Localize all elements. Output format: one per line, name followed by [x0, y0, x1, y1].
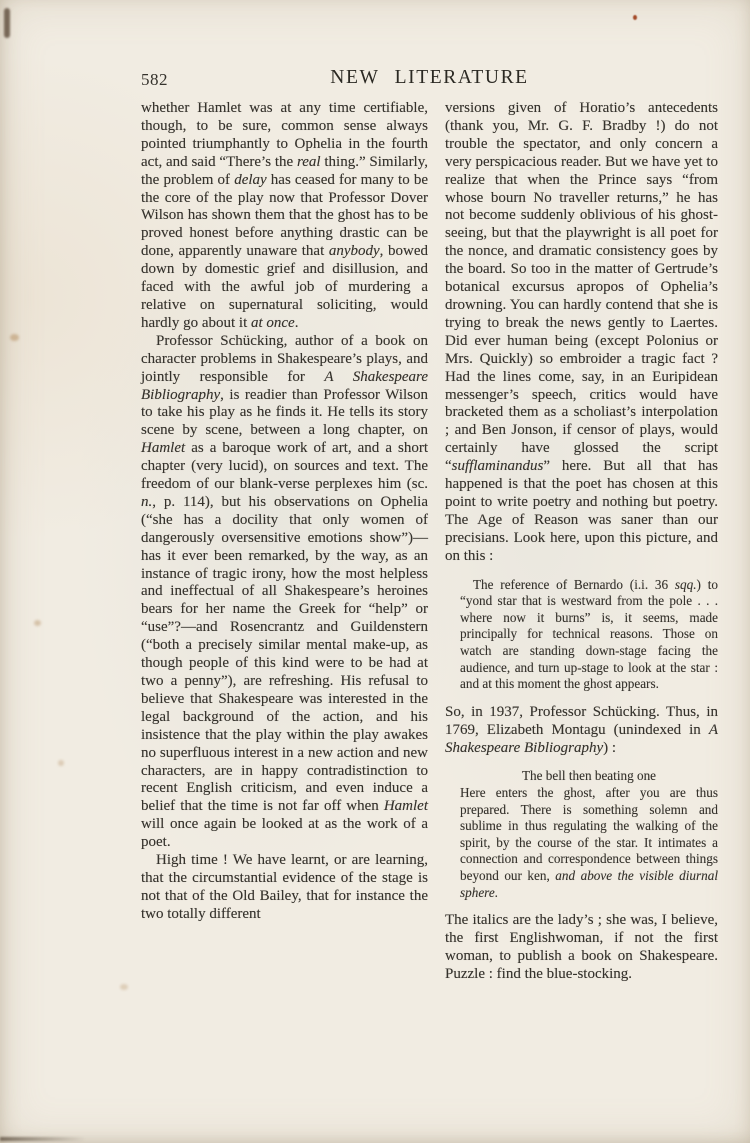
- foxing-spot: [34, 620, 41, 626]
- foxing-spot: [120, 984, 128, 990]
- paragraph: whether Hamlet was at any time certifiab…: [141, 100, 428, 333]
- paragraph: High time ! We have learnt, or are learn…: [141, 852, 428, 924]
- scanned-book-page: 582 NEW LITERATURE whether Hamlet was at…: [0, 0, 750, 1143]
- quote-centered-line: The bell then beating one: [460, 768, 718, 785]
- scan-bottom-mark: [0, 1137, 86, 1141]
- foxing-spot: [10, 334, 19, 341]
- paragraph: Professor Schücking, author of a book on…: [141, 333, 428, 852]
- right-column: versions given of Horatio’s antecedents …: [445, 100, 718, 984]
- scan-edge-mark: [4, 8, 10, 38]
- block-quote: The bell then beating oneHere enters the…: [460, 768, 718, 901]
- red-speck: [633, 15, 637, 20]
- block-quote: The reference of Bernardo (i.i. 36 sqq.)…: [460, 577, 718, 693]
- running-title: NEW LITERATURE: [141, 67, 718, 89]
- paragraph: versions given of Horatio’s antecedents …: [445, 100, 718, 566]
- text-columns: whether Hamlet was at any time certifiab…: [141, 100, 718, 984]
- left-column: whether Hamlet was at any time certifiab…: [141, 100, 428, 984]
- paragraph: The italics are the lady’s ; she was, I …: [445, 912, 718, 984]
- foxing-spot: [58, 760, 64, 766]
- paragraph: So, in 1937, Professor Schücking. Thus, …: [445, 704, 718, 758]
